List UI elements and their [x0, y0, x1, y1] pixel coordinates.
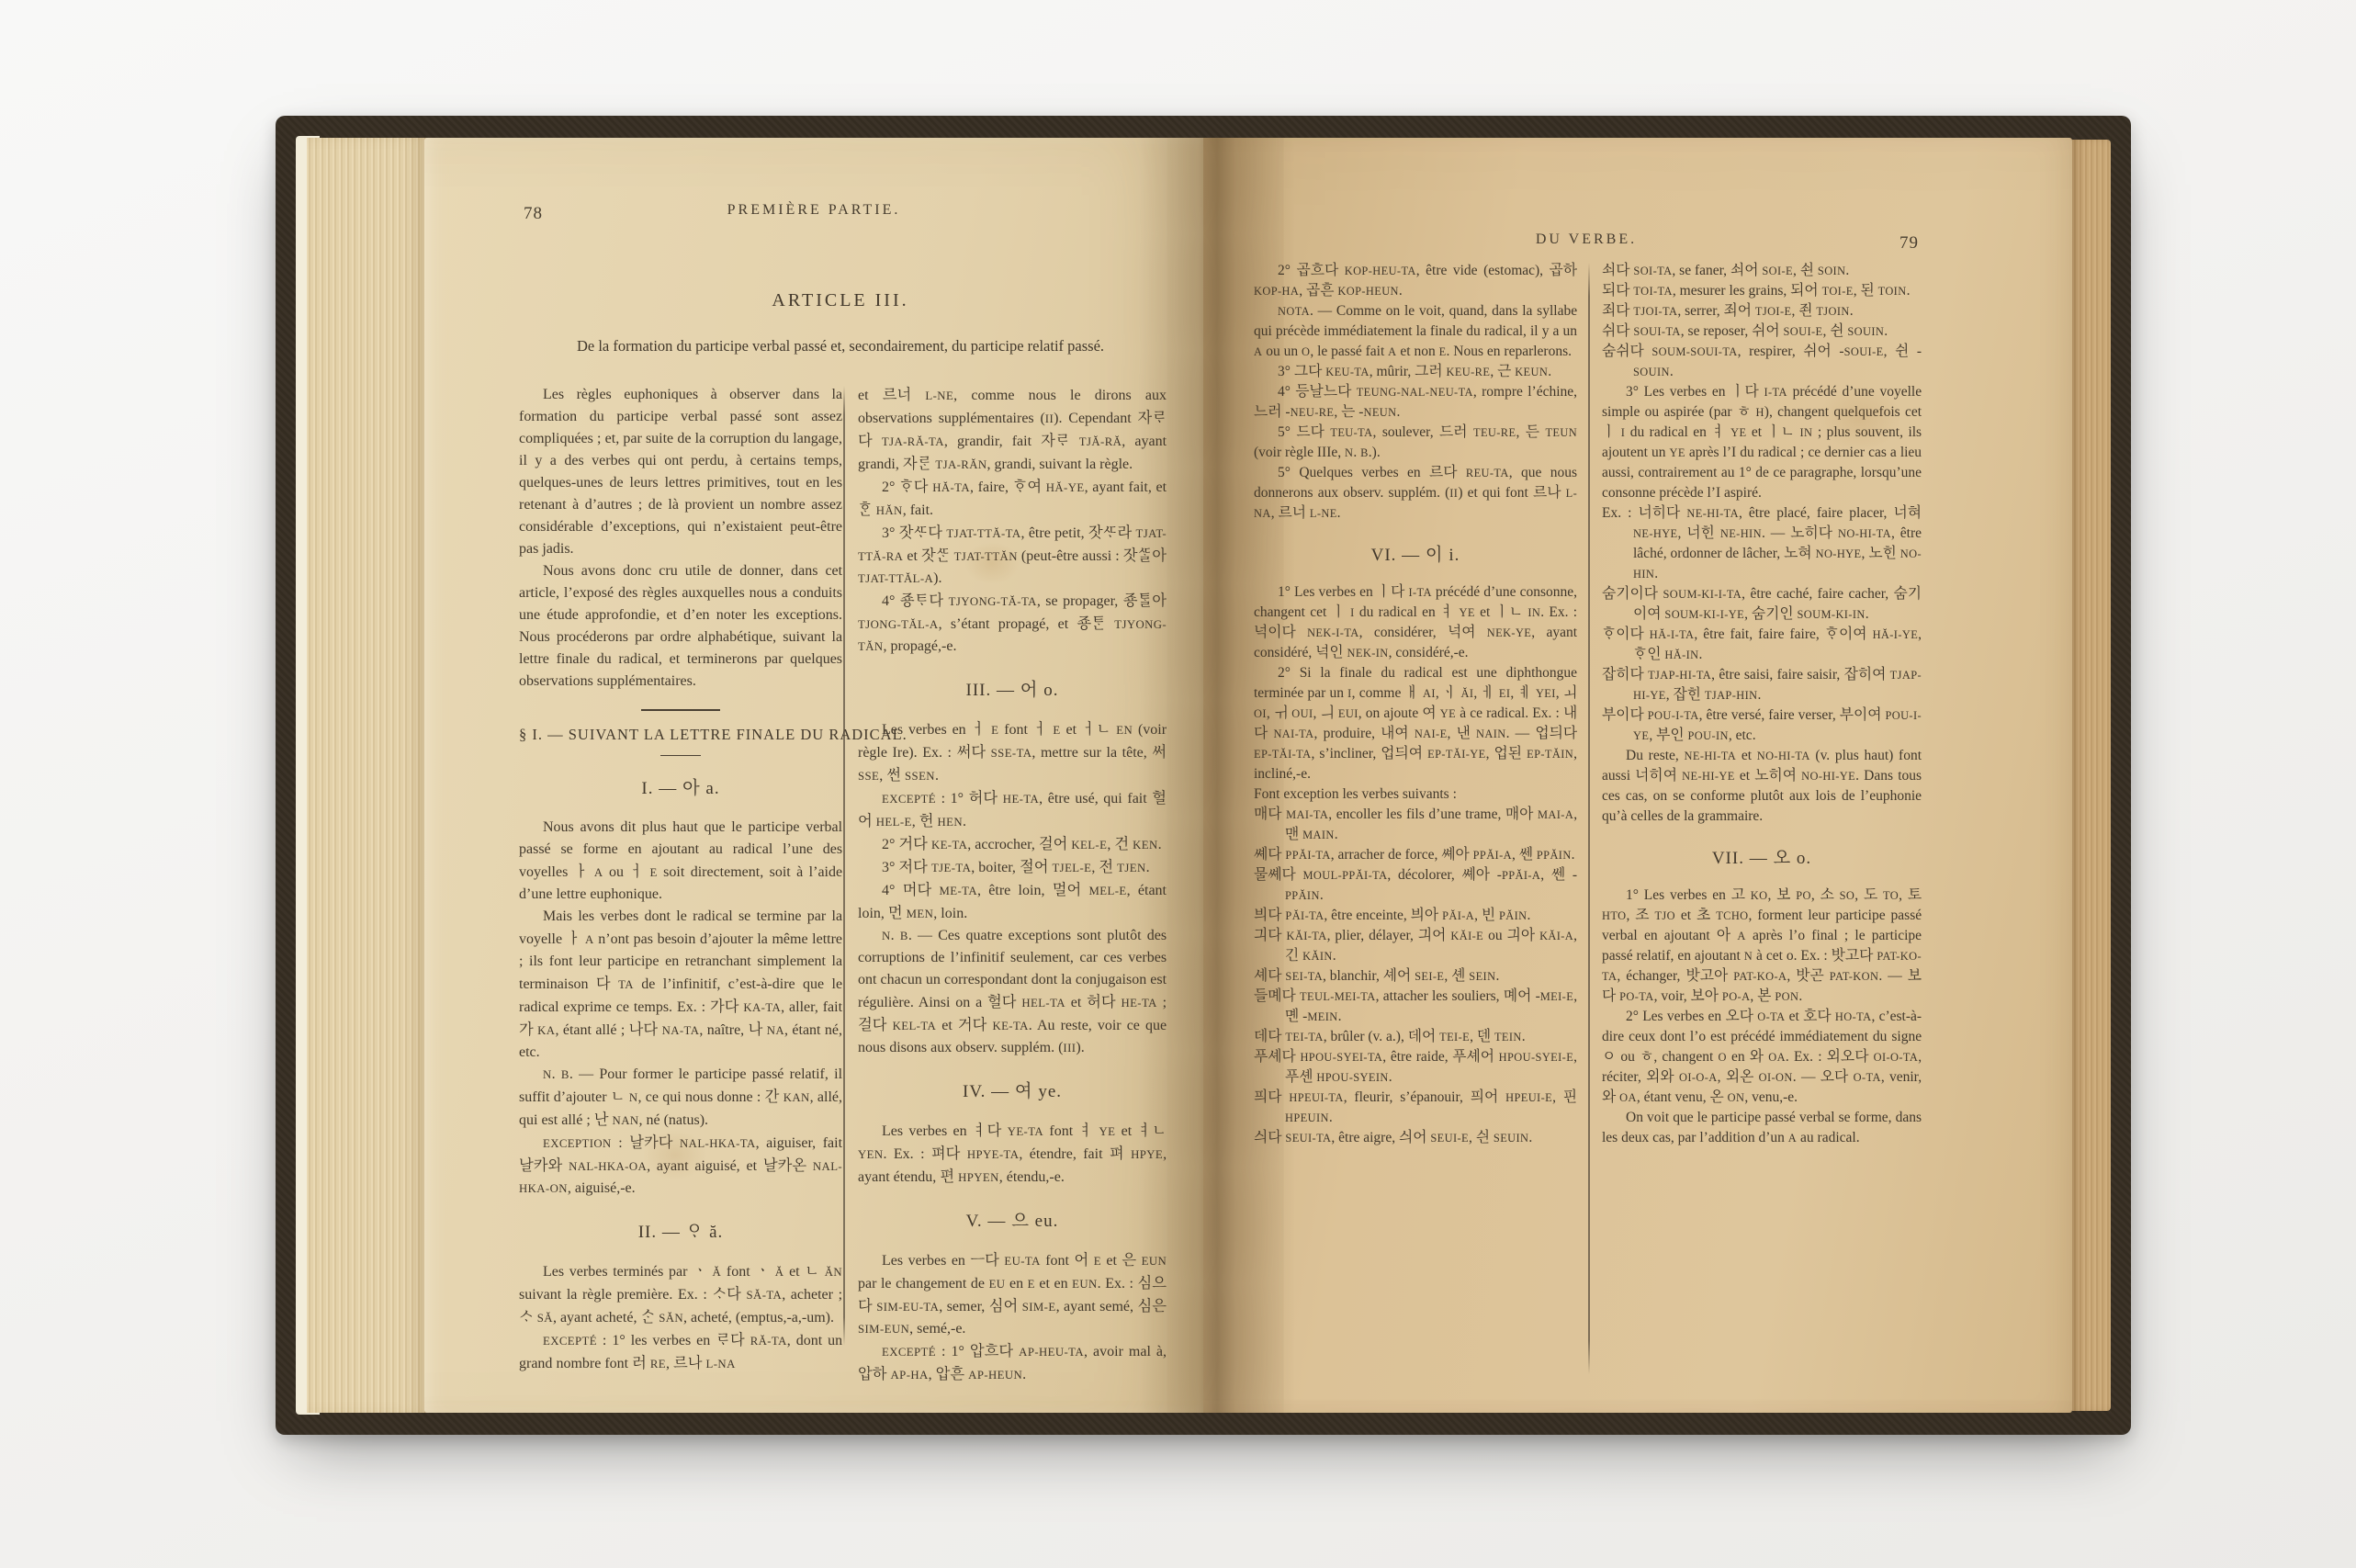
- hangul-text: 된: [1860, 283, 1874, 299]
- hangul-text: 써다: [957, 743, 986, 761]
- hangul-text: ㅎ: [1640, 1049, 1653, 1065]
- romanization: I: [1621, 426, 1626, 439]
- romanization: HPYEN: [958, 1171, 999, 1184]
- romanization: HPOU-SYEI-E: [1499, 1051, 1574, 1064]
- romanization: PPĂI-A: [1473, 849, 1512, 862]
- paragraph: Les verbes terminés par ㆍ Ă font ㆍ Ă et …: [519, 1260, 842, 1329]
- romanization: NE-HYE: [1633, 527, 1678, 540]
- hangul-text: 와: [1750, 1049, 1764, 1065]
- hangul-text: 픠다: [1254, 1089, 1282, 1105]
- romanization: NAI-TA: [1273, 728, 1313, 740]
- hangul-text: 으: [1011, 1212, 1030, 1231]
- hangul-text: 싀다: [1254, 1130, 1282, 1145]
- hangul-text: 쇠다: [1602, 263, 1630, 278]
- paragraph: Les verbes en ㅡ다 EU-TA font 어 E et 은 EUN…: [858, 1249, 1167, 1340]
- hangul-text: 곱하: [1550, 263, 1578, 278]
- hangul-text: 압흐다: [970, 1342, 1013, 1359]
- hangul-text: 는: [1341, 404, 1355, 420]
- paragraph: EXCEPTÉ : 1° les verbes en ᄅᆞ다 RĂ-TA, do…: [519, 1329, 842, 1375]
- romanization: IN: [1527, 606, 1540, 619]
- romanization: O: [1718, 1051, 1726, 1064]
- hangul-text: 호다: [1803, 1009, 1832, 1024]
- romanization: TA: [618, 978, 634, 991]
- hangul-text: 너힌: [1686, 525, 1715, 541]
- hangul-text: 쎼다: [1254, 847, 1282, 863]
- hangul-text: 토: [1908, 887, 1922, 903]
- romanization: POU-IN: [1687, 729, 1728, 742]
- hangul-text: ᄒᆞ인: [1633, 647, 1662, 662]
- column-divider-right-page: [1588, 263, 1590, 1374]
- hangul-text: 내여: [1381, 726, 1409, 741]
- paragraph: Du reste, NE-HI-TA et NO-HI-TA (v. plus …: [1602, 746, 1922, 827]
- roman-numeral-heading: VI. — 이 i.: [1254, 546, 1577, 566]
- romanization: E: [1053, 724, 1060, 737]
- hangul-text: 든: [1526, 424, 1539, 440]
- romanization: TJAT-TTĂN: [954, 550, 1018, 563]
- romanization: NEU-RE: [1291, 406, 1335, 419]
- hangul-text: 조: [1635, 908, 1649, 923]
- hangul-text: 썬: [886, 766, 901, 784]
- hangul-text: 푸셰어: [1452, 1049, 1494, 1065]
- romanization: TEI-E: [1439, 1031, 1470, 1043]
- romanization: A: [1254, 345, 1262, 358]
- hangul-text: ᄒᆞᆫ: [858, 501, 873, 518]
- romanization: H: [1755, 406, 1764, 419]
- running-head-right-wrap: DU VERBE.: [1254, 231, 1919, 248]
- hangul-text: 본: [1757, 988, 1771, 1004]
- romanization: KEN: [1133, 839, 1158, 852]
- verb-entry: 물쎼다 MOUL-PPĂI-TA, décolorer, 쎼아 -PPĂI-A,…: [1254, 865, 1577, 906]
- romanization: E: [1094, 1255, 1101, 1268]
- romanization: MAIN: [1302, 829, 1335, 841]
- hangul-text: 푸셴: [1285, 1069, 1313, 1085]
- paragraph: NOTA. — Comme on le voit, quand, dans la…: [1254, 301, 1577, 362]
- romanization: NAI-E: [1415, 728, 1448, 740]
- romanization: SEIN: [1469, 970, 1495, 983]
- romanization: NAL-HKA-OA: [569, 1160, 647, 1173]
- romanization: N: [629, 1091, 638, 1104]
- hangul-text: 노히여: [1754, 768, 1797, 784]
- romanization: TJAP-HI-TA: [1648, 669, 1711, 682]
- hangul-text: ㆍ: [755, 1262, 770, 1280]
- hangul-text: 고: [1731, 887, 1745, 903]
- romanization: TJA-RĂ-TA: [882, 435, 944, 448]
- romanization: EUI: [1338, 707, 1358, 720]
- romanization: OUI: [1291, 707, 1313, 720]
- romanization: NE-HIN: [1720, 527, 1762, 540]
- romanization: EU-TA: [1004, 1255, 1040, 1268]
- romanization: YE: [1460, 606, 1475, 619]
- romanization: POU-I-TA: [1648, 709, 1699, 722]
- romanization: L-NA: [706, 1358, 736, 1371]
- paragraph-continuation: Font exception les verbes suivants :: [1254, 784, 1577, 805]
- romanization: SĂN: [659, 1312, 683, 1325]
- romanization: L-NE: [1310, 507, 1337, 520]
- romanization: PON: [1775, 990, 1798, 1003]
- roman-numeral-heading: I. — 아 a.: [519, 778, 842, 800]
- hangul-text: ᄉᆞᆫ: [640, 1308, 655, 1325]
- verb-entry: 되다 TOI-TA, mesurer les grains, 되어 TOI-E,…: [1602, 281, 1922, 301]
- romanization: OA: [1768, 1051, 1786, 1064]
- hangul-text: 걸다: [858, 1016, 887, 1033]
- hangul-text: 픠어: [1471, 1089, 1499, 1105]
- romanization: SEUIN: [1494, 1132, 1528, 1145]
- book-photo: 78 PREMIÈRE PARTIE. ARTICLE III.De la fo…: [0, 0, 2356, 1568]
- hangul-text: 외오다: [1827, 1049, 1869, 1065]
- verb-entry: 숨쉬다 SOUM-SOUI-TA, respirer, 쉬어 -SOUI-E, …: [1602, 342, 1922, 382]
- romanization: RE: [650, 1358, 666, 1371]
- romanization: EUN: [1072, 1278, 1098, 1291]
- paragraph: Les règles euphoniques à observer dans l…: [519, 384, 842, 560]
- romanization: KOP-HEUN: [1337, 285, 1399, 298]
- paragraph: 2° 거다 KE-TA, accrocher, 걸어 KEL-E, 건 KEN.: [858, 833, 1167, 856]
- hangul-text: 셰다: [1254, 968, 1282, 984]
- hangul-text: 머다: [903, 881, 932, 898]
- romanization: TEIN: [1494, 1031, 1522, 1043]
- romanization: TJAT-TTĂ-TA: [946, 527, 1020, 540]
- hangul-text: 쉬어: [1803, 344, 1832, 359]
- hangul-text: ㅐ: [1405, 685, 1419, 701]
- paragraph: N. B. — Pour former le participe passé r…: [519, 1064, 842, 1132]
- hangul-text: 잡히여: [1844, 667, 1887, 682]
- hangul-text: ㅢ: [1321, 705, 1335, 721]
- hangul-text: ㅟ: [1274, 705, 1288, 721]
- hangul-text: 써: [1152, 743, 1167, 761]
- romanization: SOIN: [1818, 265, 1846, 277]
- romanization: KOP-HA: [1254, 285, 1299, 298]
- romanization: II: [1045, 412, 1054, 425]
- romanization: KĂIN: [1302, 950, 1333, 963]
- romanization: SOUIN: [1847, 325, 1884, 338]
- romanization: KE-TA: [992, 1020, 1028, 1032]
- hangul-text: 자ᄅᆞ: [1041, 432, 1070, 449]
- hangul-text: 어: [1074, 1251, 1088, 1269]
- romanization: TEUN: [1545, 426, 1577, 439]
- hangul-text: ㅖ: [1517, 685, 1531, 701]
- hangul-text: 날카와: [519, 1156, 562, 1174]
- romanization: PĂIN: [1499, 909, 1527, 922]
- romanization: SSE-TA: [991, 747, 1032, 760]
- hangul-text: ㅣ: [1602, 424, 1616, 440]
- romanization: RĂ-TA: [750, 1335, 787, 1348]
- hangul-text: ㅣㄴ: [1495, 604, 1524, 620]
- article-heading: ARTICLE III.: [516, 290, 1165, 311]
- romanization: NA: [767, 1024, 784, 1037]
- hangul-text: 어: [1020, 681, 1039, 700]
- paragraph: 3° 잣ᄯᆞ다 TJAT-TTĂ-TA, être petit, 잣ᄯᆞ라 TJ…: [858, 522, 1167, 590]
- paragraph: 2° 곱흐다 KOP-HEU-TA, être vide (estomac), …: [1254, 261, 1577, 301]
- hangul-text: 르나: [1533, 485, 1561, 501]
- romanization: HĂ-TA: [932, 481, 970, 494]
- hangul-text: 쎈: [1551, 867, 1565, 883]
- romanization: HĂ-I-YE: [1873, 628, 1919, 641]
- hangul-text: 노힌: [1868, 546, 1897, 561]
- hangul-text: 쉰: [1895, 344, 1909, 359]
- verb-entry: 쉬다 SOUI-TA, se reposer, 쉬어 SOUI-E, 쉰 SOU…: [1602, 321, 1922, 342]
- romanization: HE-TA: [1121, 997, 1156, 1010]
- paragraph: 2° Si la finale du radical est une dipht…: [1254, 663, 1577, 784]
- hangul-text: 긴: [1285, 948, 1299, 964]
- romanization: HEL-TA: [1021, 997, 1065, 1010]
- hangul-text: 업듸여: [1381, 746, 1423, 761]
- page-stack-edge-right: [2072, 140, 2111, 1411]
- hangul-text: 난: [594, 1111, 609, 1128]
- verb-entry: 죄다 TJOI-TA, serrer, 죄어 TJOI-E, 죈 TJOIN.: [1602, 301, 1922, 321]
- romanization: YE: [1440, 707, 1456, 720]
- paragraph-continuation: et 르너 L-NE, comme nous le dirons aux obs…: [858, 384, 1167, 476]
- hangul-text: 자ᄅᆞᆫ: [903, 455, 932, 472]
- hangul-text: 그다: [1294, 364, 1323, 379]
- romanization: B: [561, 1068, 569, 1081]
- hangul-text: 나다: [629, 1021, 659, 1038]
- hangul-text: 너히여: [1635, 768, 1677, 784]
- romanization: NEK-YE: [1487, 626, 1532, 639]
- hangul-text: ᄋᆞ: [686, 1223, 705, 1242]
- hangul-text: 오: [1773, 849, 1791, 868]
- romanization: NA-TA: [662, 1024, 700, 1037]
- romanization: TJĂ-RĂ: [1079, 435, 1122, 448]
- romanization: YE: [1099, 1125, 1116, 1138]
- hangul-text: 븨다: [1254, 908, 1282, 923]
- verb-entry: 셰다 SEI-TA, blanchir, 셰어 SEI-E, 셴 SEIN.: [1254, 966, 1577, 987]
- hangul-text: 펴: [1110, 1145, 1124, 1162]
- hangul-text: 핀: [1563, 1089, 1577, 1105]
- hangul-text: 푸셰다: [1254, 1049, 1296, 1065]
- romanization: AP-HEUN: [968, 1369, 1022, 1382]
- paragraph: 3° 그다 KEU-TA, mûrir, 그러 KEU-RE, 근 KEUN.: [1254, 362, 1577, 382]
- romanization: HO-TA: [1835, 1010, 1872, 1023]
- romanization: N: [543, 1068, 552, 1081]
- hangul-text: 초: [1697, 908, 1710, 923]
- romanization: TJOI-TA: [1633, 305, 1677, 318]
- column-divider-left-page: [843, 386, 845, 1346]
- romanization: HĂ-YE: [1046, 481, 1085, 494]
- romanization: O-TA: [1854, 1071, 1881, 1084]
- hangul-text: ㅕㄴ: [1138, 1122, 1167, 1139]
- hangul-text: 날카온: [763, 1156, 806, 1174]
- hangul-text: 건: [1114, 835, 1129, 852]
- romanization: SOI-TA: [1633, 265, 1672, 277]
- romanization: PO: [1796, 889, 1811, 902]
- hangul-text: 넉인: [1315, 645, 1344, 660]
- hangul-text: 외온: [1726, 1069, 1754, 1085]
- hangul-text: 심어: [989, 1297, 1019, 1314]
- verb-entry: Ex. : 너히다 NE-HI-TA, être placé, faire pl…: [1602, 503, 1922, 584]
- hangul-text: 잣ᄯᆞᆫ: [921, 547, 951, 564]
- hangul-text: 싀어: [1399, 1130, 1427, 1145]
- romanization: HPEUIN: [1285, 1111, 1329, 1124]
- romanization: PO-A: [1722, 990, 1751, 1003]
- hangul-text: 매다: [1254, 807, 1282, 822]
- romanization: SOUI-TA: [1633, 325, 1680, 338]
- romanization: III: [1063, 1042, 1076, 1055]
- romanization: OI: [1254, 707, 1267, 720]
- hangul-text: 가다: [710, 998, 739, 1015]
- romanization: TOI-E: [1822, 285, 1854, 298]
- hangul-text: 헐다: [987, 993, 1017, 1010]
- hangul-text: 매아: [1505, 807, 1534, 822]
- hangul-text: 보아: [1691, 988, 1719, 1004]
- running-head-right: DU VERBE.: [1536, 231, 1637, 247]
- romanization: SOUM-KI-I-YE: [1664, 608, 1744, 621]
- romanization: YE: [1730, 426, 1746, 439]
- romanization: NE-HI-TA: [1685, 750, 1737, 762]
- hangul-text: 곱흐다: [1296, 263, 1338, 278]
- romanization: EN: [1116, 724, 1133, 737]
- hangul-text: 온: [1709, 1089, 1723, 1105]
- romanization: SIM-EUN: [858, 1323, 909, 1336]
- romanization: HEL-E: [876, 816, 912, 829]
- running-head-left-wrap: PREMIÈRE PARTIE.: [492, 202, 1135, 219]
- hangul-text: ㅣㄴ: [1767, 424, 1796, 440]
- hangul-text: ㅔ: [1481, 685, 1494, 701]
- romanization: Ă: [775, 1266, 784, 1279]
- romanization: SĂ: [537, 1312, 553, 1325]
- romanization: KEUN: [1515, 366, 1548, 378]
- romanization: KE-TA: [931, 839, 967, 852]
- romanization: PĂI-TA: [1285, 909, 1324, 922]
- hangul-text: 쎼아: [1462, 867, 1491, 883]
- hangul-text: 븨아: [1411, 908, 1439, 923]
- hangul-text: 허다: [1087, 993, 1116, 1010]
- paragraph: 4° 등날느다 TEUNG-NAL-NEU-TA, rompre l’échin…: [1254, 382, 1577, 423]
- romanization: NE-HI-TA: [1686, 507, 1739, 520]
- hangul-text: ㅣ: [1332, 604, 1346, 620]
- romanization: E: [991, 724, 998, 737]
- paragraph: Nous avons dit plus haut que le particip…: [519, 817, 842, 906]
- romanization: NAIN: [1476, 728, 1506, 740]
- romanization: KO: [1751, 889, 1768, 902]
- hangul-text: ㅕ: [1711, 424, 1725, 440]
- verb-entry: 들몌다 TEUL-MEI-TA, attacher les souliers, …: [1254, 987, 1577, 1027]
- hangul-text: 날카다: [629, 1134, 672, 1151]
- romanization: AP-HEU-TA: [1019, 1346, 1084, 1359]
- romanization: KĂI-A: [1539, 930, 1573, 942]
- section-heading: § I. — SUIVANT LA LETTRE FINALE DU RADIC…: [519, 724, 842, 746]
- hangul-text: 쎈: [1519, 847, 1533, 863]
- hangul-text: 은: [1122, 1251, 1136, 1269]
- hangul-text: 느러: [1254, 404, 1282, 420]
- romanization: SO: [1840, 889, 1855, 902]
- hangul-text: 업된: [1494, 746, 1523, 761]
- hangul-text: 되다: [1602, 283, 1630, 299]
- romanization: MEN: [907, 908, 934, 920]
- romanization: A: [1737, 930, 1745, 942]
- hangul-text: 긔다: [1254, 928, 1282, 943]
- divider-rule-small: [660, 755, 701, 756]
- romanization: HPEUI-TA: [1289, 1091, 1343, 1104]
- romanization: A: [1788, 1132, 1797, 1145]
- verb-entry: 긔다 KĂI-TA, plier, délayer, 긔어 KĂI-E ou 긔…: [1254, 926, 1577, 966]
- hangul-text: 너히다: [1639, 505, 1681, 521]
- romanization: PAT-KO-A: [1733, 970, 1787, 983]
- hangul-text: 헌: [919, 812, 934, 829]
- romanization: TJEL-E: [1052, 862, 1091, 874]
- romanization: IN: [1800, 426, 1813, 439]
- romanization: SSE: [858, 770, 879, 783]
- romanization: TEUL-MEI-TA: [1300, 990, 1376, 1003]
- hangul-text: ㆎ: [1443, 685, 1457, 701]
- verb-entry: 븨다 PĂI-TA, être enceinte, 븨아 PĂI-A, 빈 PĂ…: [1254, 906, 1577, 926]
- romanization: NEK-I-TA: [1307, 626, 1359, 639]
- hangul-text: 여: [1015, 1082, 1033, 1101]
- paragraph: 1° Les verbes en 고 KO, 보 PO, 소 SO, 도 TO,…: [1602, 886, 1922, 1007]
- romanization: ME-TA: [940, 885, 978, 897]
- hangul-text: 르너: [1278, 505, 1306, 521]
- hangul-text: 먼: [888, 904, 903, 921]
- hangul-text: 죄어: [1723, 303, 1752, 319]
- paragraph: 4° 머다 ME-TA, être loin, 멀어 MEL-E, étant …: [858, 879, 1167, 925]
- hangul-text: 잡힌: [1673, 687, 1701, 703]
- romanization: TJAT-TTĂL-A: [858, 572, 933, 585]
- paragraph: Les verbes en ㅓ E font ㅓ E et ㅓㄴ EN (voi…: [858, 718, 1167, 787]
- romanization: E: [650, 866, 658, 879]
- paragraph: Les verbes en ㅕ다 YE-TA font ㅕ YE et ㅕㄴ Y…: [858, 1120, 1167, 1189]
- romanization: HPYE-TA: [967, 1148, 1020, 1161]
- hangul-text: 압흔: [936, 1365, 965, 1382]
- romanization: EP-TĂI-YE: [1427, 748, 1485, 761]
- romanization: KAN: [783, 1091, 810, 1104]
- left-page-column-2: et 르너 L-NE, comme nous le dirons aux obs…: [858, 384, 1167, 1386]
- hangul-text: 전: [1099, 858, 1113, 875]
- hangul-text: ㄴ: [805, 1262, 819, 1280]
- left-page-column-1: Les règles euphoniques à observer dans l…: [519, 384, 842, 1375]
- hangul-text: 간: [765, 1088, 780, 1105]
- hangul-text: 거다: [898, 835, 928, 852]
- paragraph: 4° 죵ᄐᆞ다 TJYONG-TĂ-TA, se propager, 죵ᄐᆞᆯ아…: [858, 590, 1167, 658]
- romanization: OA: [1619, 1091, 1637, 1104]
- hangul-text: 너혀: [1893, 505, 1922, 521]
- romanization: B: [900, 930, 908, 942]
- hangul-text: 펴다: [931, 1145, 961, 1162]
- romanization: I: [1347, 687, 1352, 700]
- romanization: HE-TA: [1003, 793, 1039, 806]
- hangul-text: ᄒᆞ이여: [1825, 626, 1867, 642]
- romanization: A: [585, 933, 594, 946]
- romanization: REU-TA: [1466, 467, 1509, 479]
- romanization: SEUI-TA: [1285, 1132, 1331, 1145]
- hangul-text: 싄: [1476, 1130, 1490, 1145]
- verb-entry: 푸셰다 HPOU-SYEI-TA, être raide, 푸셰어 HPOU-S…: [1254, 1047, 1577, 1088]
- hangul-text: 덴: [1477, 1029, 1491, 1044]
- hangul-text: ㅕ: [1078, 1122, 1093, 1139]
- hangul-text: ᄉᆞ: [519, 1308, 534, 1325]
- hangul-text: 압하: [858, 1365, 887, 1382]
- romanization: NAN: [613, 1114, 639, 1127]
- romanization: KEL-E: [1071, 839, 1107, 852]
- romanization: SEI-E: [1415, 970, 1444, 983]
- romanization: NE-HI-YE: [1682, 770, 1735, 783]
- romanization: PPĂIN: [1285, 889, 1320, 902]
- hangul-text: 죵ᄐᆞᆯ아: [1123, 592, 1167, 609]
- romanization: HPOU-SYEI-TA: [1300, 1051, 1382, 1064]
- hangul-text: ᄒᆞ이다: [1602, 626, 1644, 642]
- hangul-text: 아: [682, 779, 701, 798]
- romanization: MEIN: [1307, 1010, 1337, 1023]
- paragraph: N. B. — Ces quatre exceptions sont plutô…: [858, 925, 1167, 1059]
- hangul-text: 부인: [1656, 728, 1685, 743]
- roman-numeral-heading: IV. — 여 ye.: [858, 1081, 1167, 1103]
- hangul-text: 와: [1602, 1089, 1616, 1105]
- hangul-text: 잣ᄯᆞᆯ아: [1123, 547, 1167, 564]
- romanization: SĂ-TA: [747, 1289, 783, 1302]
- verb-entry: 잡히다 TJAP-HI-TA, être saisi, faire saisir…: [1602, 665, 1922, 705]
- hangul-text: ㅕ다: [973, 1122, 1002, 1139]
- hangul-text: ㅏ: [574, 863, 589, 880]
- hangul-text: 부이다: [1602, 707, 1644, 723]
- romanization: EUN: [1142, 1255, 1167, 1268]
- romanization: I: [1350, 606, 1355, 619]
